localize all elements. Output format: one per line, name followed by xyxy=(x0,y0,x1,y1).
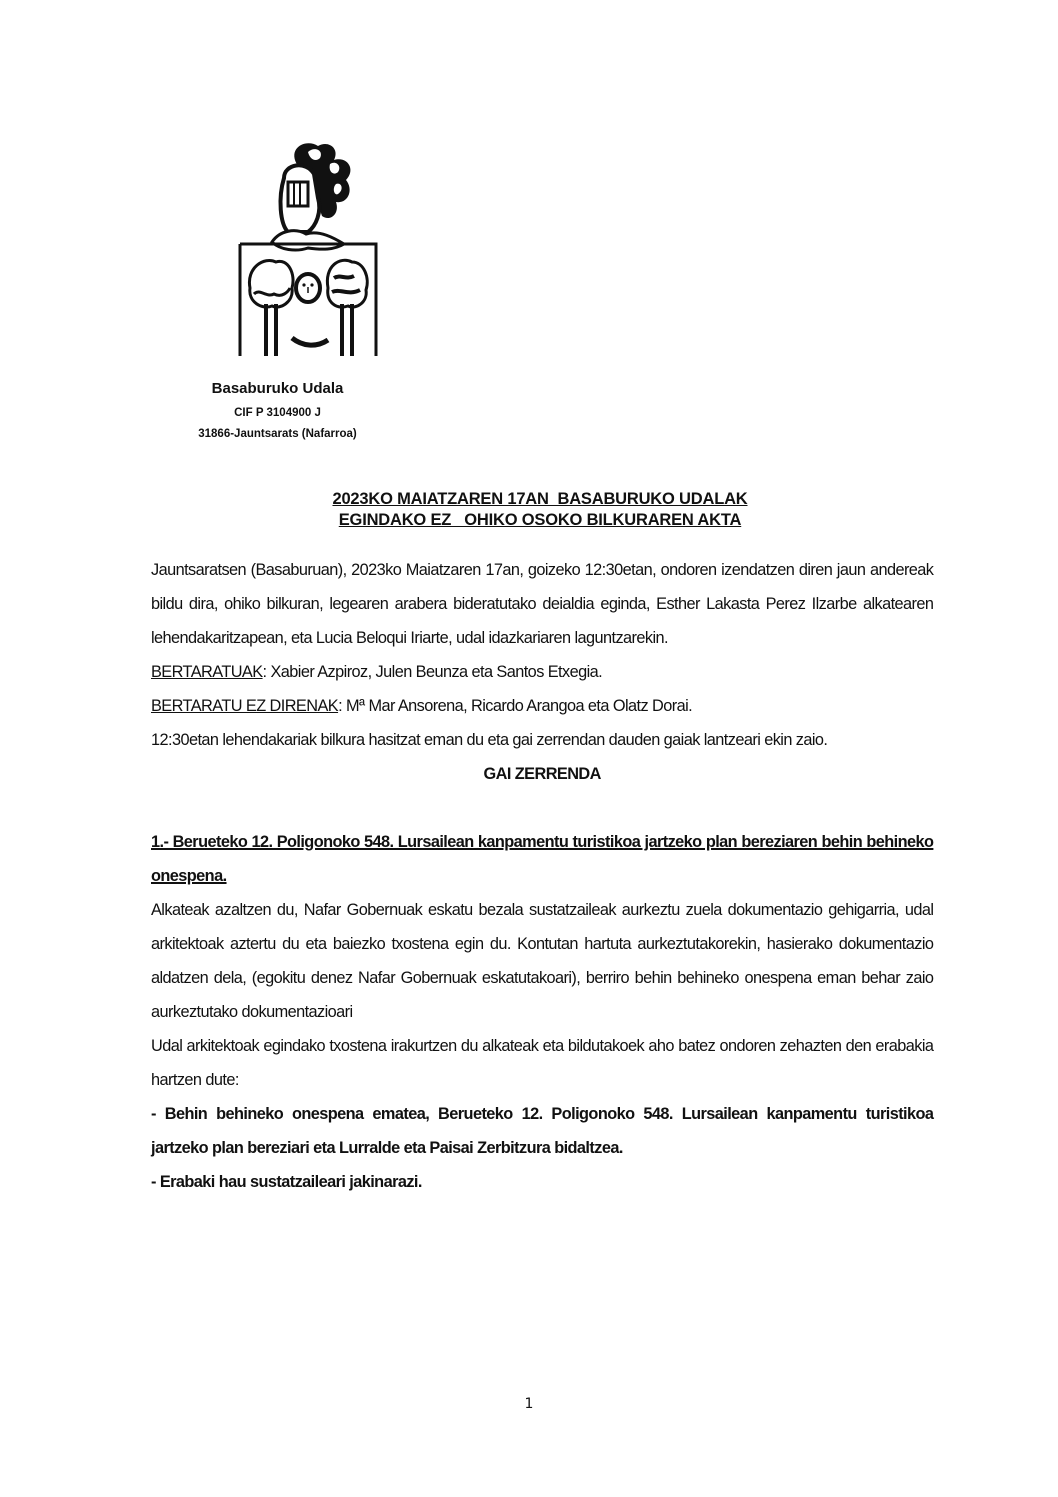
absentees-names: Mª Mar Ansorena, Ricardo Arangoa eta Ola… xyxy=(346,696,692,715)
document-page: Basaburuko Udala CIF P 3104900 J 31866-J… xyxy=(0,0,1058,1497)
agenda-heading: GAI ZERRENDA xyxy=(151,757,933,791)
organization-address: 31866-Jauntsarats (Nafarroa) xyxy=(150,428,405,440)
agenda-item-paragraph: Udal arkitektoak egindako txostena iraku… xyxy=(151,1029,933,1097)
agenda-item-title: 1.- Berueteko 12. Poligonoko 548. Lursai… xyxy=(151,825,933,893)
organization-name: Basaburuko Udala xyxy=(150,380,405,397)
document-title: 2023KO MAIATZAREN 17AN BASABURUKO UDALAK… xyxy=(200,489,880,531)
coat-of-arms-icon xyxy=(236,138,380,358)
agenda-item-decision: - Erabaki hau sustatzaileari jakinarazi. xyxy=(151,1165,933,1199)
spacer xyxy=(151,791,933,825)
title-line-2: EGINDAKO EZ OHIKO OSOKO BILKURAREN AKTA xyxy=(200,510,880,531)
agenda-item-decision: - Behin behineko onespena ematea, Beruet… xyxy=(151,1097,933,1165)
absentees-label: BERTARATU EZ DIRENAK xyxy=(151,696,338,715)
agenda-item-paragraph: Alkateak azaltzen du, Nafar Gobernuak es… xyxy=(151,893,933,1029)
attendees-line: BERTARATUAK: Xabier Azpiroz, Julen Beunz… xyxy=(151,655,933,689)
opening-paragraph: 12:30etan lehendakariak bilkura hasitzat… xyxy=(151,723,933,757)
attendees-label: BERTARATUAK xyxy=(151,662,263,681)
intro-paragraph: Jauntsaratsen (Basaburuan), 2023ko Maiat… xyxy=(151,553,933,655)
page-number: 1 xyxy=(0,1396,1058,1412)
organization-cif: CIF P 3104900 J xyxy=(150,407,405,419)
document-body: Jauntsaratsen (Basaburuan), 2023ko Maiat… xyxy=(151,553,933,1199)
attendees-names: Xabier Azpiroz, Julen Beunza eta Santos … xyxy=(270,662,602,681)
title-line-1: 2023KO MAIATZAREN 17AN BASABURUKO UDALAK xyxy=(200,489,880,510)
absentees-separator: : xyxy=(338,696,346,715)
absentees-line: BERTARATU EZ DIRENAK: Mª Mar Ansorena, R… xyxy=(151,689,933,723)
